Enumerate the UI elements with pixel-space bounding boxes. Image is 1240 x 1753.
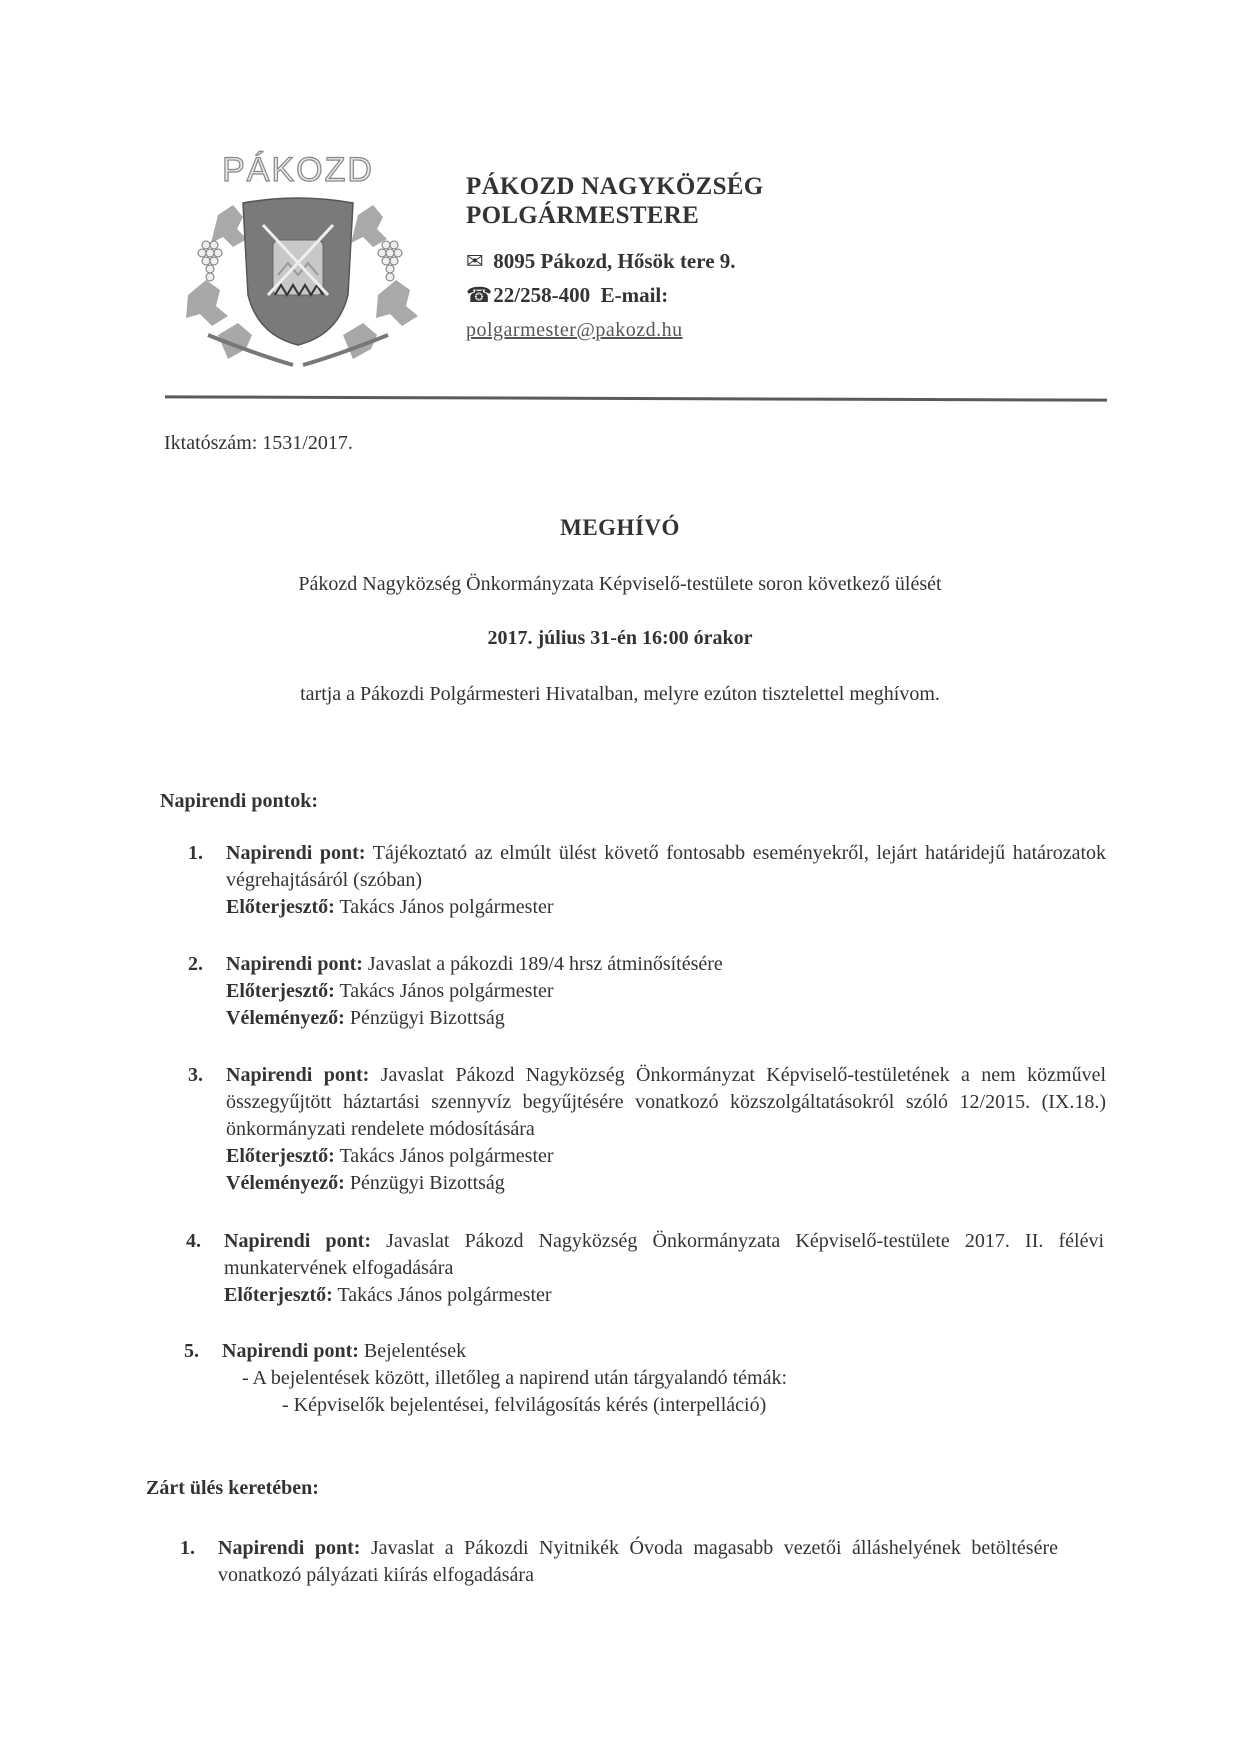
agenda-heading: Napirendi pontok: (160, 790, 318, 813)
agenda-item: 3. Napirendi pont: Javaslat Pákozd Nagyk… (226, 1062, 1106, 1197)
organization-name: PÁKOZD NAGYKÖZSÉG (466, 172, 764, 201)
phone: 22/258-400 (493, 283, 590, 307)
item-number: 5. (184, 1338, 199, 1365)
svg-text:PÁKOZD: PÁKOZD (222, 151, 374, 189)
item-text: Napirendi pont: Tájékoztató az elmúlt ül… (226, 840, 1106, 894)
reviewer: Véleményező: Pénzügyi Bizottság (226, 1170, 1106, 1197)
item-number: 1. (180, 1535, 195, 1562)
document-title: MEGHÍVÓ (0, 515, 1240, 541)
email-label: E-mail: (601, 283, 669, 307)
header-divider (165, 395, 1107, 401)
contact-block: ✉ 8095 Pákozd, Hősök tere 9. ☎ 22/258-40… (466, 244, 764, 347)
agenda-item: 5. Napirendi pont: Bejelentések - A beje… (222, 1338, 1102, 1419)
item-text: Napirendi pont: Javaslat Pákozd Nagyközs… (226, 1062, 1106, 1143)
closed-agenda-item: 1. Napirendi pont: Javaslat a Pákozdi Ny… (218, 1535, 1058, 1589)
item-text: Napirendi pont: Javaslat Pákozd Nagyközs… (224, 1228, 1104, 1282)
address-line: ✉ 8095 Pákozd, Hősök tere 9. (466, 244, 764, 278)
agenda-item: 2. Napirendi pont: Javaslat a pákozdi 18… (226, 951, 1106, 1032)
phone-line: ☎ 22/258-400 E-mail: (466, 278, 764, 312)
agenda-item: 4. Napirendi pont: Javaslat Pákozd Nagyk… (224, 1228, 1104, 1309)
item-number: 2. (188, 951, 203, 978)
item-text: Napirendi pont: Javaslat a pákozdi 189/4… (226, 951, 1106, 978)
sub-item: - A bejelentések között, illetőleg a nap… (222, 1365, 1102, 1392)
organization-title: POLGÁRMESTERE (466, 201, 764, 230)
presenter: Előterjesztő: Takács János polgármester (226, 978, 1106, 1005)
presenter: Előterjesztő: Takács János polgármester (226, 894, 1106, 921)
item-number: 4. (186, 1228, 201, 1255)
item-number: 1. (188, 840, 203, 867)
coat-of-arms-logo: PÁKOZD (178, 145, 418, 370)
letterhead: PÁKOZD NAGYKÖZSÉG POLGÁRMESTERE ✉ 8095 P… (466, 172, 764, 347)
sub-sub-item: - Képviselők bejelentései, felvilágosítá… (222, 1392, 1102, 1419)
presenter: Előterjesztő: Takács János polgármester (224, 1282, 1104, 1309)
email-link[interactable]: polgarmester@pakozd.hu (466, 319, 683, 341)
reference-number: Iktatószám: 1531/2017. (164, 432, 353, 455)
closed-session-heading: Zárt ülés keretében: (146, 1475, 319, 1502)
meeting-place: tartja a Pákozdi Polgármesteri Hivatalba… (0, 683, 1240, 706)
invitation-intro: Pákozd Nagyközség Önkormányzata Képvisel… (0, 573, 1240, 596)
address: 8095 Pákozd, Hősök tere 9. (493, 249, 735, 273)
reviewer: Véleményező: Pénzügyi Bizottság (226, 1005, 1106, 1032)
presenter: Előterjesztő: Takács János polgármester (226, 1143, 1106, 1170)
agenda-item: 1. Napirendi pont: Tájékoztató az elmúlt… (226, 840, 1106, 921)
item-text: Napirendi pont: Bejelentések (222, 1338, 1102, 1365)
meeting-datetime: 2017. július 31-én 16:00 órakor (0, 627, 1240, 650)
item-text: Napirendi pont: Javaslat a Pákozdi Nyitn… (218, 1535, 1058, 1589)
envelope-icon: ✉ (466, 244, 488, 278)
telephone-icon: ☎ (466, 278, 488, 312)
item-number: 3. (188, 1062, 203, 1089)
